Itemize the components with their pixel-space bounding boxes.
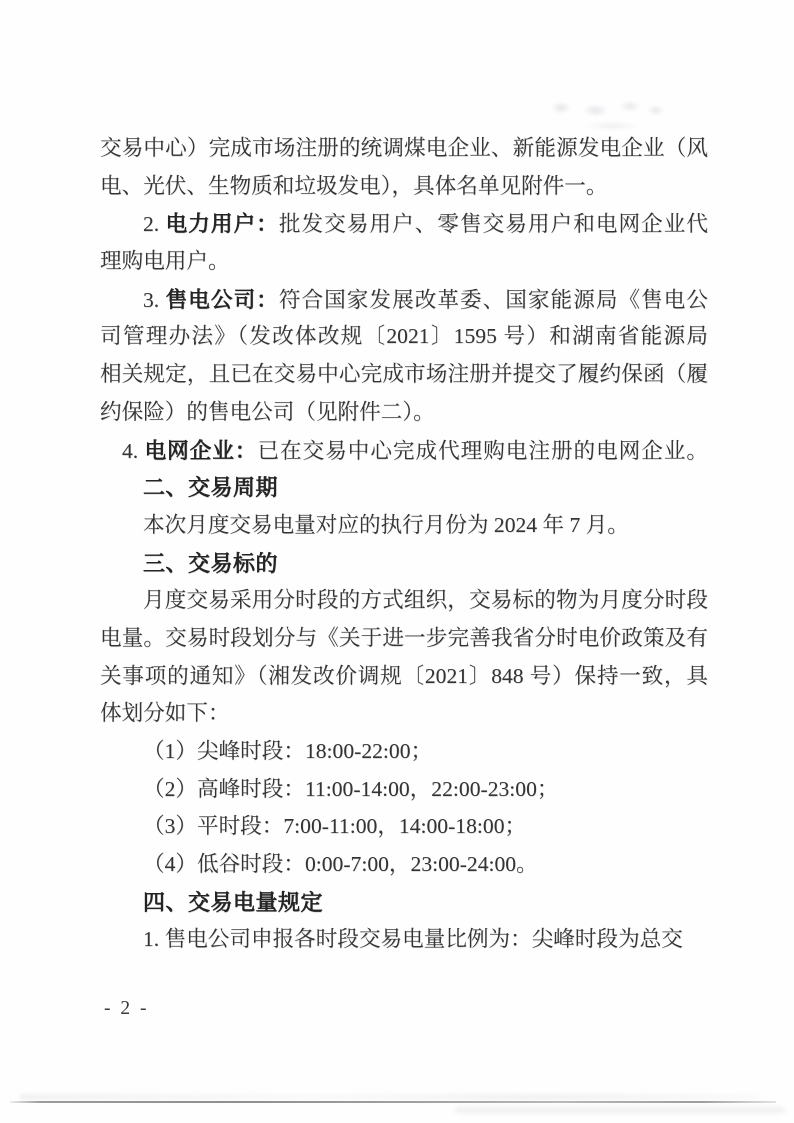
text-line: （1）尖峰时段：18:00-22:00； bbox=[100, 733, 708, 771]
text-line: （3）平时段：7:00-11:00，14:00-18:00； bbox=[100, 808, 708, 846]
text-segment: 本次月度交易电量对应的执行月份为 2024 年 7 月。 bbox=[143, 513, 629, 537]
text-segment: 司管理办法》（发改体改规〔2021〕1595 号）和湖南省能源局 bbox=[100, 324, 708, 348]
text-line: 1. 售电公司申报各时段交易电量比例为：尖峰时段为总交 bbox=[100, 921, 708, 959]
text-segment: 2. bbox=[143, 212, 166, 236]
text-segment: 交易中心）完成市场注册的统调煤电企业、新能源发电企业（风 bbox=[100, 136, 708, 160]
text-segment: 批发交易用户、零售交易用户和电网企业代 bbox=[279, 212, 708, 236]
text-segment: 电量。交易时段划分与《关于进一步完善我省分时电价政策及有 bbox=[100, 626, 708, 650]
page-number: - 2 - bbox=[104, 998, 149, 1020]
document-body: 交易中心）完成市场注册的统调煤电企业、新能源发电企业（风电、光伏、生物质和垃圾发… bbox=[100, 130, 708, 959]
text-segment: 约保险）的售电公司（见附件二）。 bbox=[100, 400, 435, 424]
text-segment: 3. bbox=[143, 288, 166, 312]
text-line: 相关规定，且已在交易中心完成市场注册并提交了履约保函（履 bbox=[100, 356, 708, 394]
text-line: 电量。交易时段划分与《关于进一步完善我省分时电价政策及有 bbox=[100, 620, 708, 658]
section-heading: 四、交易电量规定 bbox=[100, 884, 708, 922]
text-line: 电、光伏、生物质和垃圾发电），具体名单见附件一。 bbox=[100, 168, 708, 206]
scan-edge-line bbox=[10, 1101, 776, 1103]
text-segment: （1）尖峰时段：18:00-22:00； bbox=[143, 739, 432, 763]
text-segment: 符合国家发展改革委、国家能源局《售电公 bbox=[279, 288, 708, 312]
text-line: 2. 电力用户：批发交易用户、零售交易用户和电网企业代 bbox=[100, 205, 708, 243]
scan-edge-smudge bbox=[455, 1107, 785, 1113]
text-line: 司管理办法》（发改体改规〔2021〕1595 号）和湖南省能源局 bbox=[100, 318, 708, 356]
text-segment: 关事项的通知》（湘发改价调规〔2021〕848 号）保持一致，具 bbox=[100, 664, 708, 688]
text-line: 理购电用户。 bbox=[100, 243, 708, 281]
text-line: 体划分如下： bbox=[100, 695, 708, 733]
bold-term-label: 售电公司： bbox=[166, 287, 279, 312]
section-heading: 二、交易周期 bbox=[100, 469, 708, 507]
text-segment: 电、光伏、生物质和垃圾发电），具体名单见附件一。 bbox=[100, 174, 607, 198]
text-segment: （3）平时段：7:00-11:00，14:00-18:00； bbox=[143, 814, 526, 838]
text-segment: 月度交易采用分时段的方式组织，交易标的物为月度分时段 bbox=[143, 588, 708, 612]
text-line: （2）高峰时段：11:00-14:00，22:00-23:00； bbox=[100, 771, 708, 809]
text-segment: 1. bbox=[143, 927, 165, 951]
text-segment: 售电公司申报各时段交易电量比例为：尖峰时段为总交 bbox=[165, 927, 683, 951]
bold-term-label: 三、交易标的 bbox=[143, 551, 278, 576]
text-line: 本次月度交易电量对应的执行月份为 2024 年 7 月。 bbox=[100, 507, 708, 545]
text-segment: （4）低谷时段：0:00-7:00，23:00-24:00。 bbox=[143, 852, 538, 876]
text-line: 4. 电网企业：已在交易中心完成代理购电注册的电网企业。 bbox=[100, 432, 708, 470]
scanned-document-page: 交易中心）完成市场注册的统调煤电企业、新能源发电企业（风电、光伏、生物质和垃圾发… bbox=[0, 0, 794, 1123]
bold-term-label: 四、交易电量规定 bbox=[143, 890, 323, 915]
bold-term-label: 电力用户： bbox=[166, 211, 279, 236]
text-line: 约保险）的售电公司（见附件二）。 bbox=[100, 394, 708, 432]
text-segment: 相关规定，且已在交易中心完成市场注册并提交了履约保函（履 bbox=[100, 362, 708, 386]
text-segment: （2）高峰时段：11:00-14:00，22:00-23:00； bbox=[143, 777, 558, 801]
section-heading: 三、交易标的 bbox=[100, 545, 708, 583]
text-segment: 4. bbox=[122, 439, 145, 463]
text-line: 月度交易采用分时段的方式组织，交易标的物为月度分时段 bbox=[100, 582, 708, 620]
text-segment: 体划分如下： bbox=[100, 701, 230, 725]
text-line: 交易中心）完成市场注册的统调煤电企业、新能源发电企业（风 bbox=[100, 130, 708, 168]
bold-term-label: 二、交易周期 bbox=[143, 475, 278, 500]
text-line: （4）低谷时段：0:00-7:00，23:00-24:00。 bbox=[100, 846, 708, 884]
text-line: 3. 售电公司：符合国家发展改革委、国家能源局《售电公 bbox=[100, 281, 708, 319]
bold-term-label: 电网企业： bbox=[145, 438, 258, 463]
text-line: 关事项的通知》（湘发改价调规〔2021〕848 号）保持一致，具 bbox=[100, 658, 708, 696]
text-segment: 理购电用户。 bbox=[100, 249, 230, 273]
text-segment: 已在交易中心完成代理购电注册的电网企业。 bbox=[257, 439, 708, 463]
scan-edge-haze bbox=[20, 1094, 760, 1100]
bleedthrough-smudge bbox=[538, 96, 666, 122]
